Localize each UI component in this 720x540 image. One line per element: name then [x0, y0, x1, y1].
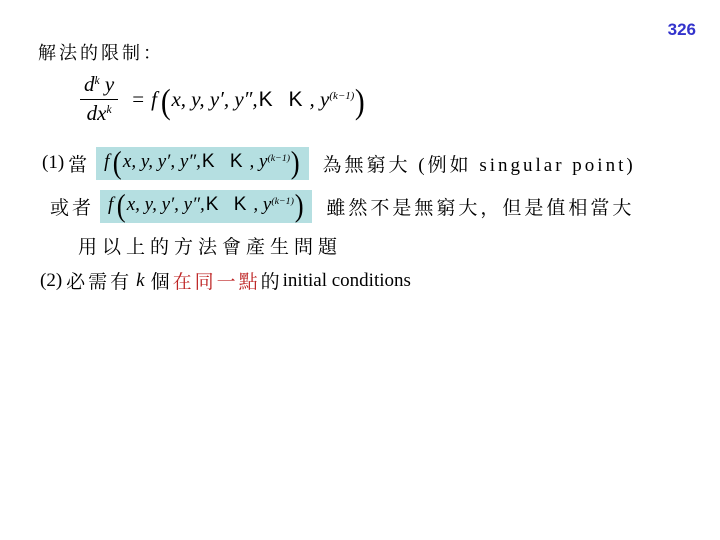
page-number: 326 [668, 20, 696, 40]
item-1-word-before: 當 [68, 150, 90, 177]
function-f: f [151, 87, 157, 111]
ellipsis-dots: K K [206, 194, 252, 215]
item-2-english-text: initial conditions [283, 270, 411, 292]
main-equation: dk y dxk = f(x, y, y′, y″,K K, y(k−1)) [80, 70, 366, 128]
formula-tail: , y [250, 151, 268, 172]
numerator-d: d [84, 72, 95, 96]
item-2-text-after-k: 個 [151, 267, 173, 294]
equals-sign: = [132, 87, 144, 112]
formula-superscript: (k−1) [329, 90, 354, 102]
item-2-line: (2) 必需有 k 個 在同一點 的 initial conditions [40, 267, 411, 294]
fraction-numerator: dk y [80, 72, 118, 100]
item-1-line-2: 或者 f(x, y, y′, y″,K K, y(k−1)) 雖然不是無窮大，但… [50, 184, 634, 228]
item-2-text-before-k: 必需有 [66, 267, 132, 294]
function-f: f [108, 194, 113, 215]
formula-superscript: (k−1) [271, 195, 294, 206]
formula-tail: , y [253, 194, 271, 215]
item-2-k-variable: k [136, 270, 144, 292]
item-1-line-3: 用以上的方法會產生問題 [78, 232, 342, 259]
item-2-text-after-red: 的 [261, 267, 283, 294]
ellipsis-dots: K K [259, 88, 308, 111]
item-2-red-emphasis: 在同一點 [173, 267, 261, 294]
item-1-after-text: 為無窮大 (例如 singular point) [323, 150, 636, 177]
item-1b-after-text: 雖然不是無窮大，但是值相當大 [326, 193, 634, 220]
numerator-exponent: k [95, 75, 100, 87]
formula-args: x, y, y′, y″, [171, 87, 257, 111]
rhs-formula: f(x, y, y′, y″,K K, y(k−1)) [151, 87, 366, 112]
fraction: dk y dxk [80, 72, 118, 126]
slide: 326 解法的限制： dk y dxk = f(x, y, y′, y″,K K… [0, 0, 720, 540]
denominator-exponent: k [106, 104, 111, 116]
formula-args: x, y, y′, y″, [123, 151, 201, 172]
fraction-denominator: dxk [87, 100, 112, 126]
denominator-dx: dx [87, 101, 107, 125]
formula-superscript: (k−1) [267, 152, 290, 163]
formula-args: x, y, y′, y″, [127, 194, 205, 215]
numerator-y: y [105, 72, 114, 96]
highlighted-formula-1: f(x, y, y′, y″,K K, y(k−1)) [96, 147, 308, 180]
slide-title: 解法的限制： [38, 39, 164, 65]
item-1-marker: (1) [42, 152, 64, 174]
formula-tail: , y [310, 87, 330, 111]
item-2-marker: (2) [40, 270, 62, 292]
item-1-line-1: (1) 當 f(x, y, y′, y″,K K, y(k−1)) 為無窮大 (… [42, 142, 636, 184]
function-f: f [104, 151, 109, 172]
highlighted-formula-2: f(x, y, y′, y″,K K, y(k−1)) [100, 190, 312, 223]
ellipsis-dots: K K [202, 151, 248, 172]
item-1b-word-before: 或者 [50, 193, 94, 220]
